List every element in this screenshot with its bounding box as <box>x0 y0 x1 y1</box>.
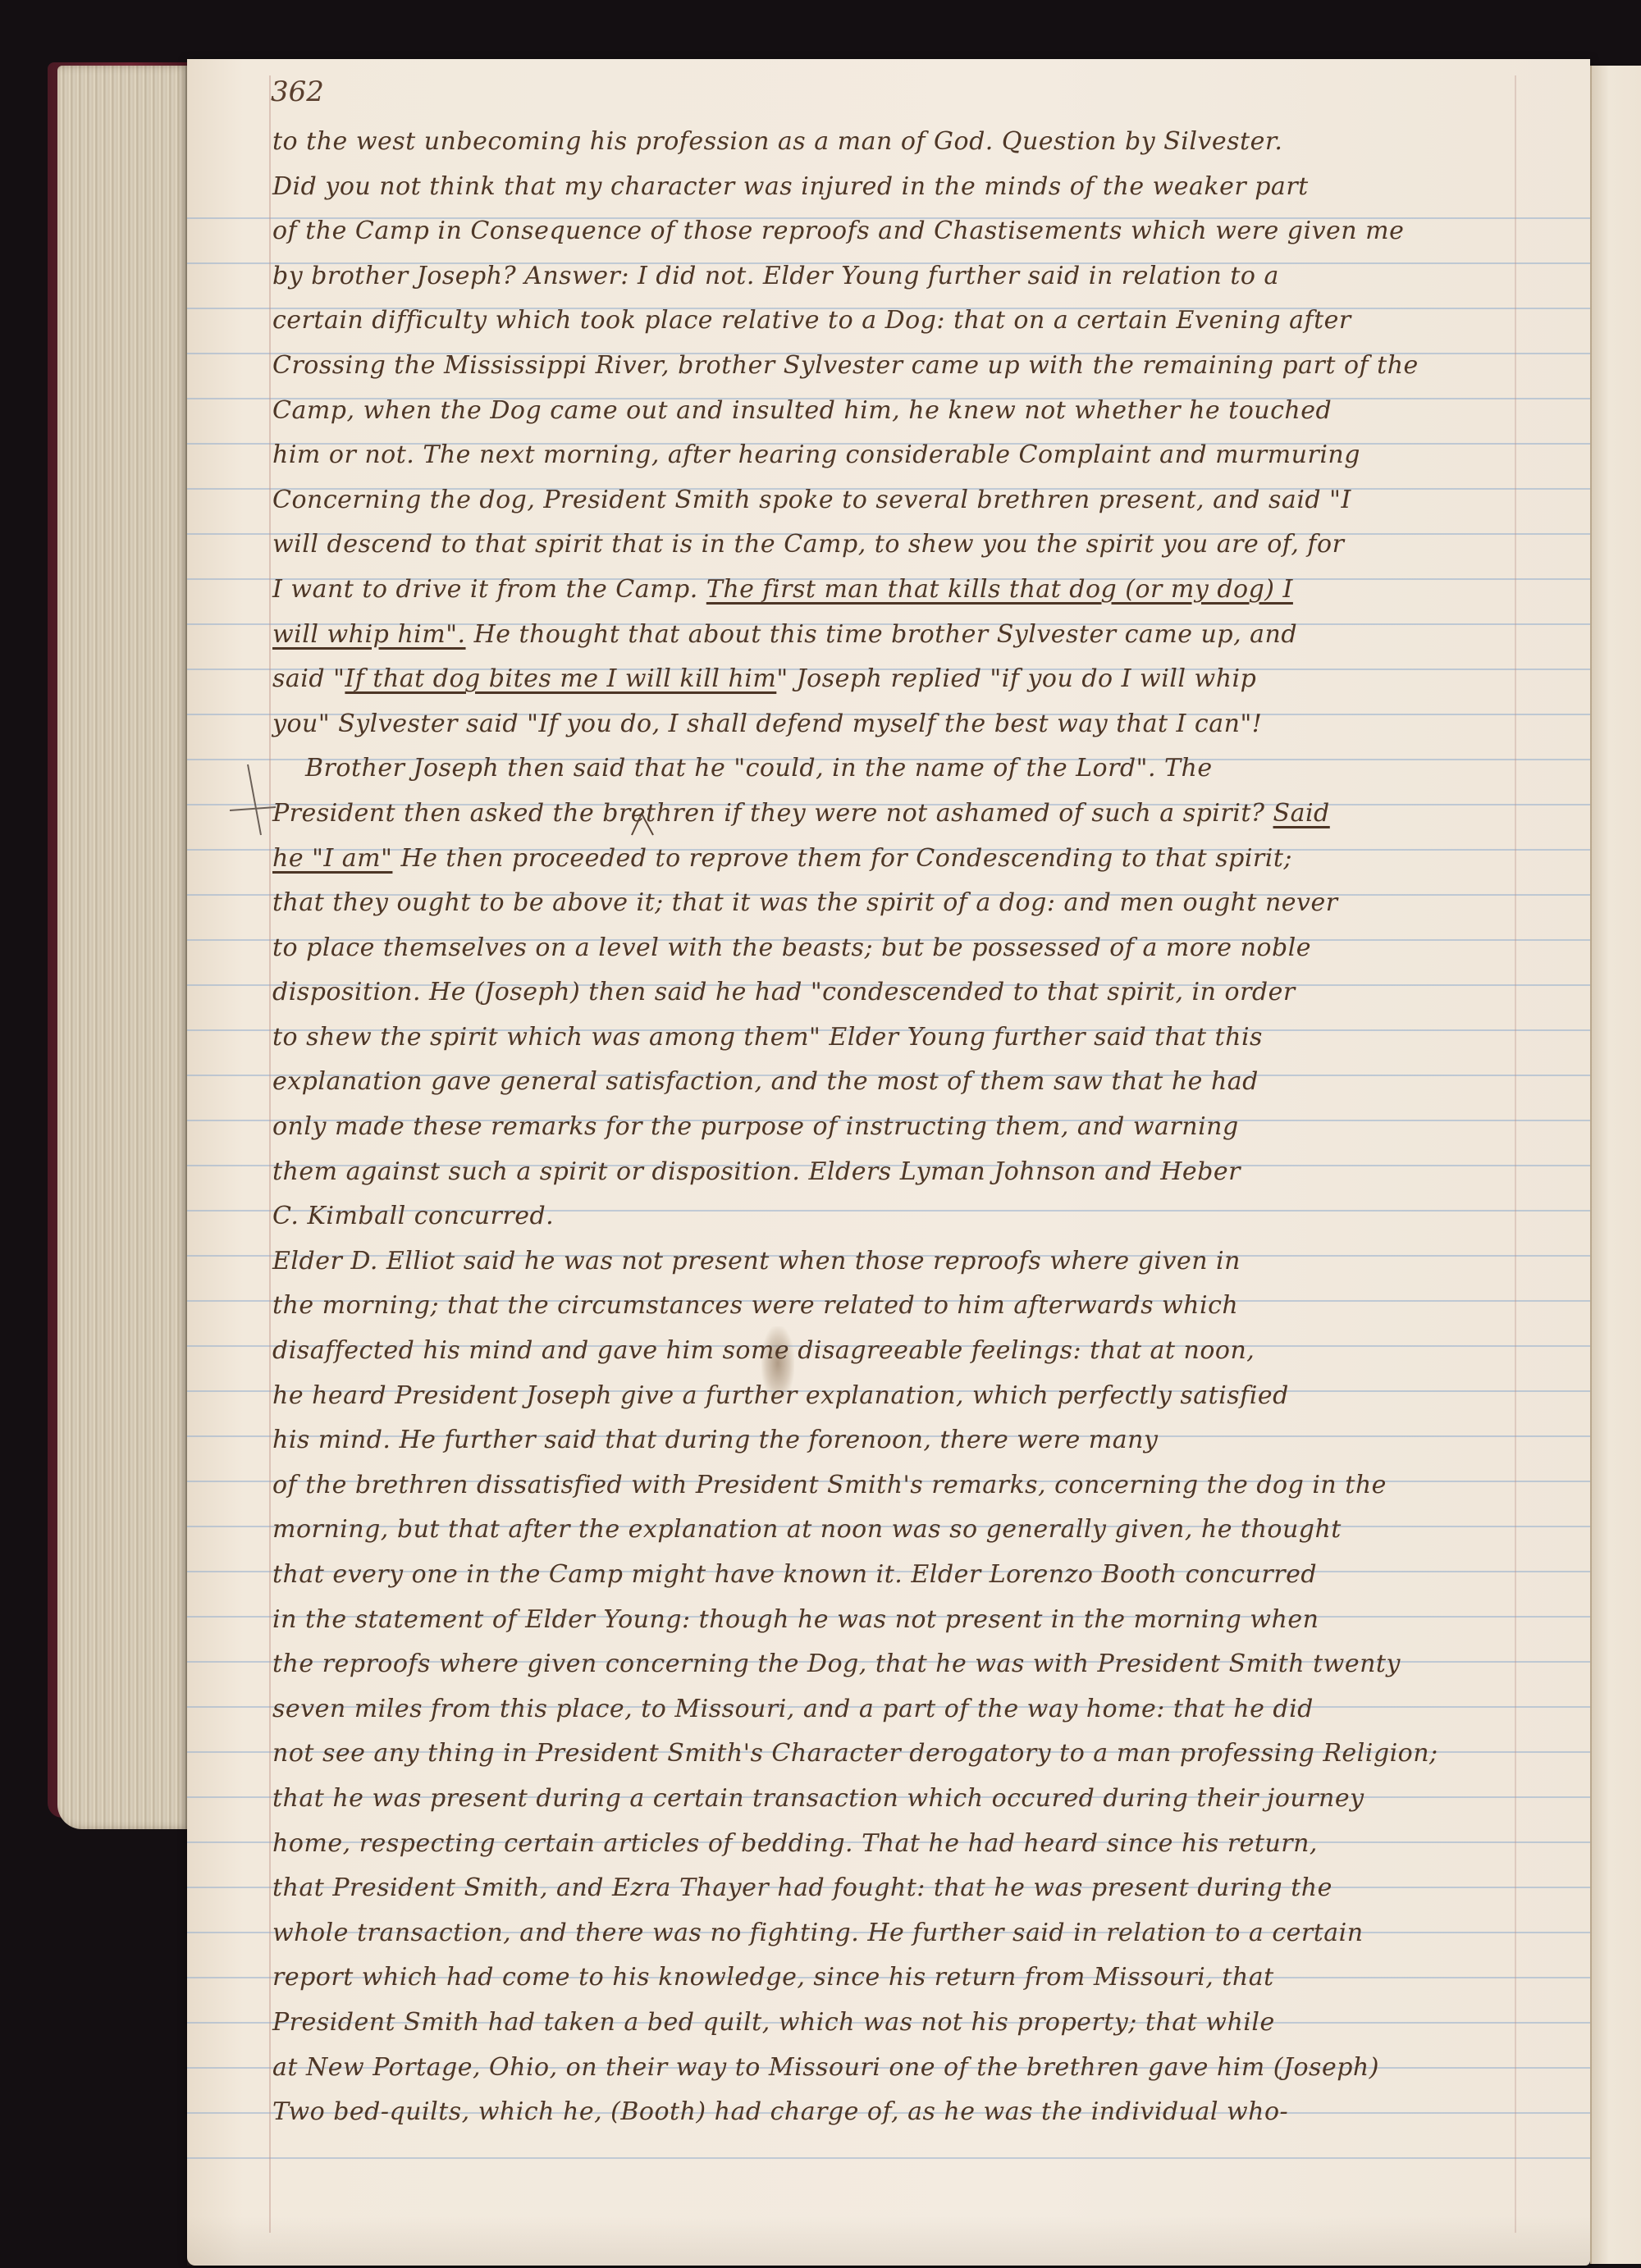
manuscript-line: certain difficulty which took place rela… <box>272 299 1552 344</box>
line-text: Camp, when the Dog came out and insulted… <box>272 396 1332 425</box>
line-text: Concerning the dog, President Smith spok… <box>272 486 1351 514</box>
line-text: that President Smith, and Ezra Thayer ha… <box>272 1873 1332 1902</box>
manuscript-line: explanation gave general satisfaction, a… <box>272 1060 1552 1105</box>
line-text: to the west unbecoming his profession as… <box>272 127 1282 156</box>
line-text: to shew the spirit which was among them"… <box>272 1023 1263 1052</box>
manuscript-line: will descend to that spirit that is in t… <box>272 523 1552 568</box>
manuscript-line: disaffected his mind and gave him some d… <box>272 1329 1552 1374</box>
line-text: President then asked the brethren if the… <box>272 799 1273 828</box>
underlined-text: Said <box>1273 799 1330 828</box>
line-text: of the brethren dissatisfied with Presid… <box>272 1471 1387 1499</box>
line-text: disaffected his mind and gave him some d… <box>272 1336 1255 1365</box>
underlined-text: If that dog bites me I will kill him <box>345 664 776 693</box>
manuscript-line: at New Portage, Ohio, on their way to Mi… <box>272 2046 1552 2091</box>
line-text: Brother Joseph then said that he "could,… <box>305 754 1213 783</box>
margin-cross-icon <box>228 763 277 837</box>
manuscript-line: Did you not think that my character was … <box>272 165 1552 210</box>
manuscript-line: him or not. The next morning, after hear… <box>272 433 1552 478</box>
manuscript-line: seven miles from this place, to Missouri… <box>272 1687 1552 1732</box>
left-margin-rule <box>269 75 271 2233</box>
manuscript-line: to place themselves on a level with the … <box>272 926 1552 971</box>
manuscript-line: disposition. He (Joseph) then said he ha… <box>272 970 1552 1015</box>
manuscript-line: to the west unbecoming his profession as… <box>272 120 1552 165</box>
line-text: will descend to that spirit that is in t… <box>272 530 1344 559</box>
manuscript-line: not see any thing in President Smith's C… <box>272 1732 1552 1777</box>
line-text: Did you not think that my character was … <box>272 172 1309 201</box>
manuscript-line: that President Smith, and Ezra Thayer ha… <box>272 1866 1552 1911</box>
line-text: his mind. He further said that during th… <box>272 1426 1158 1454</box>
line-text: report which had come to his knowledge, … <box>272 1963 1274 1992</box>
line-text: in the statement of Elder Young: though … <box>272 1605 1319 1634</box>
manuscript-line: his mind. He further said that during th… <box>272 1418 1552 1463</box>
underlined-text: The first man that kills that dog (or my… <box>706 575 1293 604</box>
line-text: I want to drive it from the Camp. <box>272 575 706 604</box>
manuscript-line: only made these remarks for the purpose … <box>272 1105 1552 1150</box>
manuscript-line: Crossing the Mississippi River, brother … <box>272 344 1552 389</box>
manuscript-line: Elder D. Elliot said he was not present … <box>272 1239 1552 1285</box>
manuscript-line: the reproofs where given concerning the … <box>272 1642 1552 1687</box>
manuscript-line: said "If that dog bites me I will kill h… <box>272 657 1552 702</box>
line-text: said " <box>272 664 345 693</box>
manuscript-line: he heard President Joseph give a further… <box>272 1374 1552 1419</box>
line-text: certain difficulty which took place rela… <box>272 306 1351 335</box>
manuscript-line: of the brethren dissatisfied with Presid… <box>272 1463 1552 1508</box>
line-text: " Joseph replied "if you do I will whip <box>776 664 1256 693</box>
manuscript-line: will whip him". He thought that about th… <box>272 613 1552 658</box>
manuscript-line: whole transaction, and there was no figh… <box>272 1911 1552 1956</box>
line-text: that he was present during a certain tra… <box>272 1784 1364 1813</box>
line-text: at New Portage, Ohio, on their way to Mi… <box>272 2053 1379 2082</box>
line-text: the morning; that the circumstances were… <box>272 1291 1238 1320</box>
line-text: the reproofs where given concerning the … <box>272 1650 1401 1678</box>
underlined-text: he "I am" <box>272 844 392 873</box>
line-text: Elder D. Elliot said he was not present … <box>272 1247 1241 1275</box>
underlined-text: will whip him". <box>272 620 466 649</box>
manuscript-line: to shew the spirit which was among them"… <box>272 1015 1552 1061</box>
line-text: C. Kimball concurred. <box>272 1202 554 1230</box>
manuscript-line: morning, but that after the explanation … <box>272 1508 1552 1553</box>
manuscript-line: report which had come to his knowledge, … <box>272 1955 1552 2001</box>
line-text: not see any thing in President Smith's C… <box>272 1739 1438 1768</box>
manuscript-line: President then asked the brethren if the… <box>272 792 1552 837</box>
line-text: home, respecting certain articles of bed… <box>272 1829 1318 1858</box>
ledger-page: 362 to the west unbecoming his professio… <box>187 59 1590 2266</box>
manuscript-line: of the Camp in Consequence of those repr… <box>272 209 1552 254</box>
line-text: whole transaction, and there was no figh… <box>272 1919 1364 1947</box>
line-text: him or not. The next morning, after hear… <box>272 440 1360 469</box>
page-number: 362 <box>271 75 324 108</box>
line-text: them against such a spirit or dispositio… <box>272 1157 1241 1186</box>
line-text: that every one in the Camp might have kn… <box>272 1560 1317 1589</box>
manuscript-line: that he was present during a certain tra… <box>272 1777 1552 1822</box>
facing-page-edge <box>1590 66 1641 2264</box>
line-text: explanation gave general satisfaction, a… <box>272 1067 1259 1096</box>
manuscript-line: home, respecting certain articles of bed… <box>272 1822 1552 1867</box>
manuscript-line: the morning; that the circumstances were… <box>272 1284 1552 1329</box>
line-text: Two bed-quilts, which he, (Booth) had ch… <box>272 2097 1288 2126</box>
manuscript-line: by brother Joseph? Answer: I did not. El… <box>272 254 1552 299</box>
manuscript-line: that every one in the Camp might have kn… <box>272 1553 1552 1598</box>
manuscript-line: them against such a spirit or dispositio… <box>272 1150 1552 1195</box>
manuscript-line: he "I am" He then proceeded to reprove t… <box>272 837 1552 882</box>
line-text: to place themselves on a level with the … <box>272 933 1311 962</box>
line-text: of the Camp in Consequence of those repr… <box>272 217 1404 245</box>
manuscript-line: President Smith had taken a bed quilt, w… <box>272 2001 1552 2046</box>
line-text: He then proceeded to reprove them for Co… <box>392 844 1292 873</box>
manuscript-line: I want to drive it from the Camp. The fi… <box>272 568 1552 613</box>
line-text: only made these remarks for the purpose … <box>272 1112 1239 1141</box>
line-text: he heard President Joseph give a further… <box>272 1381 1289 1410</box>
line-text: by brother Joseph? Answer: I did not. El… <box>272 262 1279 290</box>
page-edges <box>57 66 189 1829</box>
line-text: morning, but that after the explanation … <box>272 1515 1342 1544</box>
manuscript-line: C. Kimball concurred. <box>272 1194 1552 1239</box>
manuscript-line: Brother Joseph then said that he "could,… <box>272 746 1552 792</box>
line-text: seven miles from this place, to Missouri… <box>272 1695 1314 1723</box>
handwritten-text: to the west unbecoming his profession as… <box>272 120 1552 2135</box>
line-text: that they ought to be above it; that it … <box>272 888 1338 917</box>
manuscript-line: that they ought to be above it; that it … <box>272 881 1552 926</box>
line-text: disposition. He (Joseph) then said he ha… <box>272 978 1296 1006</box>
line-text: President Smith had taken a bed quilt, w… <box>272 2008 1275 2037</box>
line-text: you" Sylvester said "If you do, I shall … <box>272 710 1262 738</box>
manuscript-line: Two bed-quilts, which he, (Booth) had ch… <box>272 2090 1552 2135</box>
manuscript-line: you" Sylvester said "If you do, I shall … <box>272 702 1552 747</box>
manuscript-line: Camp, when the Dog came out and insulted… <box>272 389 1552 434</box>
manuscript-line: in the statement of Elder Young: though … <box>272 1598 1552 1643</box>
manuscript-line: Concerning the dog, President Smith spok… <box>272 478 1552 523</box>
line-text: He thought that about this time brother … <box>466 620 1298 649</box>
line-text: Crossing the Mississippi River, brother … <box>272 351 1419 380</box>
